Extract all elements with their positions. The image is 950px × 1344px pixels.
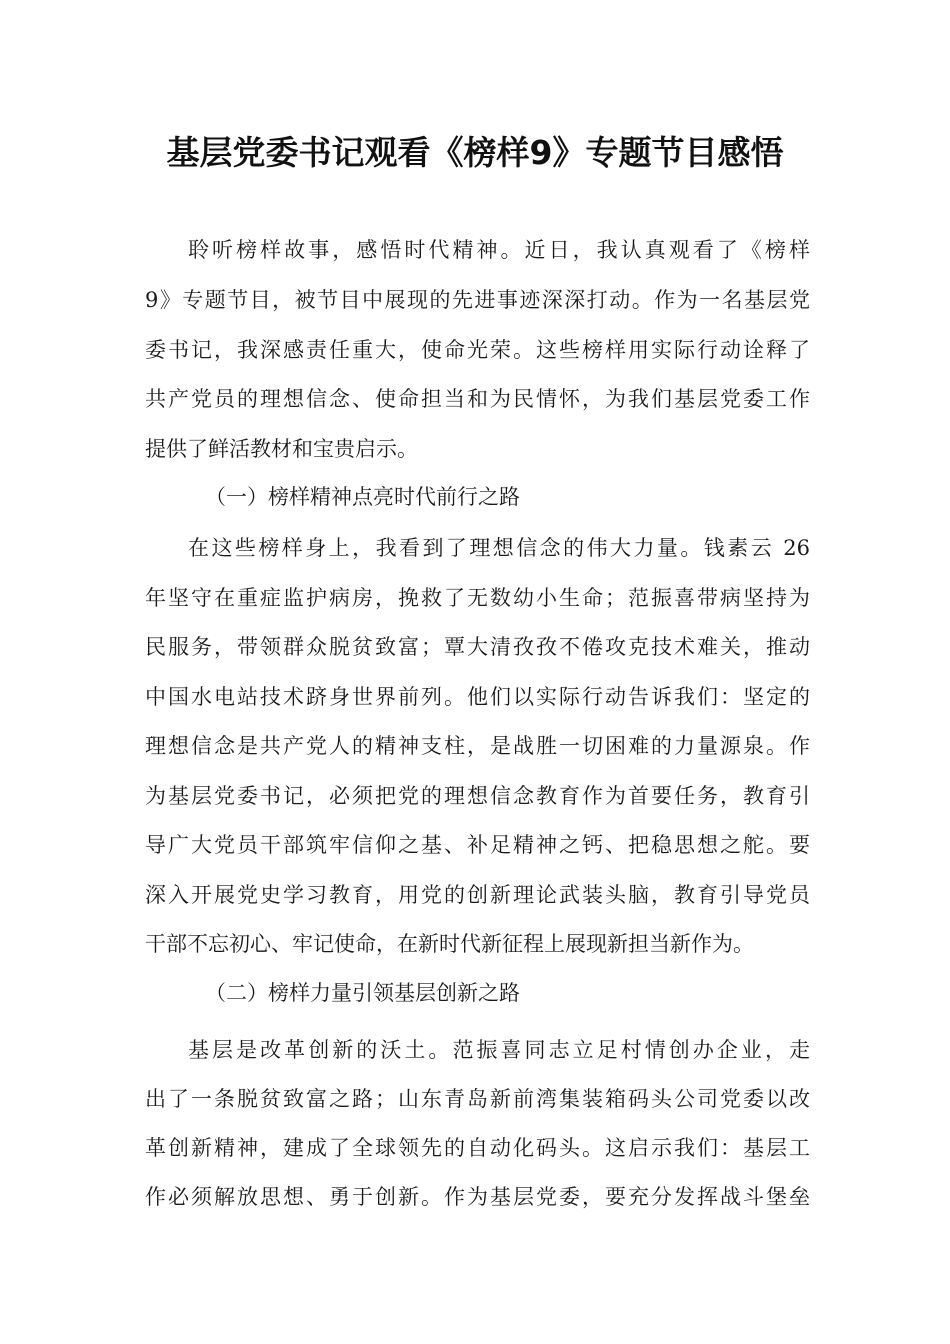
paragraph-line: 干部不忘初心、牢记使命，在新时代新征程上展现新担当新作为。 [145, 919, 810, 969]
paragraph-line: 为基层党委书记，必须把党的理想信念教育作为首要任务，教育引 [145, 771, 810, 821]
section-heading-1: （一）榜样精神点亮时代前行之路 [205, 472, 805, 522]
document-page: 基层党委书记观看《榜样9》专题节目感悟 聆听榜样故事，感悟时代精神。近日，我认真… [0, 0, 950, 1344]
document-title: 基层党委书记观看《榜样9》专题节目感悟 [0, 128, 950, 178]
paragraph-line: 聆听榜样故事，感悟时代精神。近日，我认真观看了《榜样 [188, 225, 810, 275]
paragraph-line: 革创新精神，建成了全球领先的自动化码头。这启示我们：基层工 [145, 1123, 810, 1173]
paragraph-line: 年坚守在重症监护病房，挽救了无数幼小生命；范振喜带病坚持为 [145, 573, 810, 623]
paragraph-line: 在这些榜样身上，我看到了理想信念的伟大力量。钱素云 26 [188, 523, 810, 573]
paragraph-line: 基层是改革创新的沃土。范振喜同志立足村情创办企业，走 [188, 1025, 810, 1075]
paragraph-line: 理想信念是共产党人的精神支柱，是战胜一切困难的力量源泉。作 [145, 721, 810, 771]
paragraph-line: 民服务，带领群众脱贫致富；覃大清孜孜不倦攻克技术难关，推动 [145, 622, 810, 672]
paragraph-line: 作必须解放思想、勇于创新。作为基层党委，要充分发挥战斗堡垒 [145, 1172, 810, 1222]
paragraph-line: 共产党员的理想信念、使命担当和为民情怀，为我们基层党委工作 [145, 374, 810, 424]
section-heading-2: （二）榜样力量引领基层创新之路 [205, 968, 805, 1018]
paragraph-line: 出了一条脱贫致富之路；山东青岛新前湾集装箱码头公司党委以改 [145, 1074, 810, 1124]
paragraph-line: 导广大党员干部筑牢信仰之基、补足精神之钙、把稳思想之舵。要 [145, 820, 810, 870]
paragraph-line: 提供了鲜活教材和宝贵启示。 [145, 424, 810, 474]
paragraph-line: 深入开展党史学习教育，用党的创新理论武装头脑，教育引导党员 [145, 870, 810, 920]
paragraph-line: 9》专题节目，被节目中展现的先进事迹深深打动。作为一名基层党 [145, 275, 810, 325]
paragraph-line: 委书记，我深感责任重大，使命光荣。这些榜样用实际行动诠释了 [145, 325, 810, 375]
paragraph-line: 中国水电站技术跻身世界前列。他们以实际行动告诉我们：坚定的 [145, 672, 810, 722]
